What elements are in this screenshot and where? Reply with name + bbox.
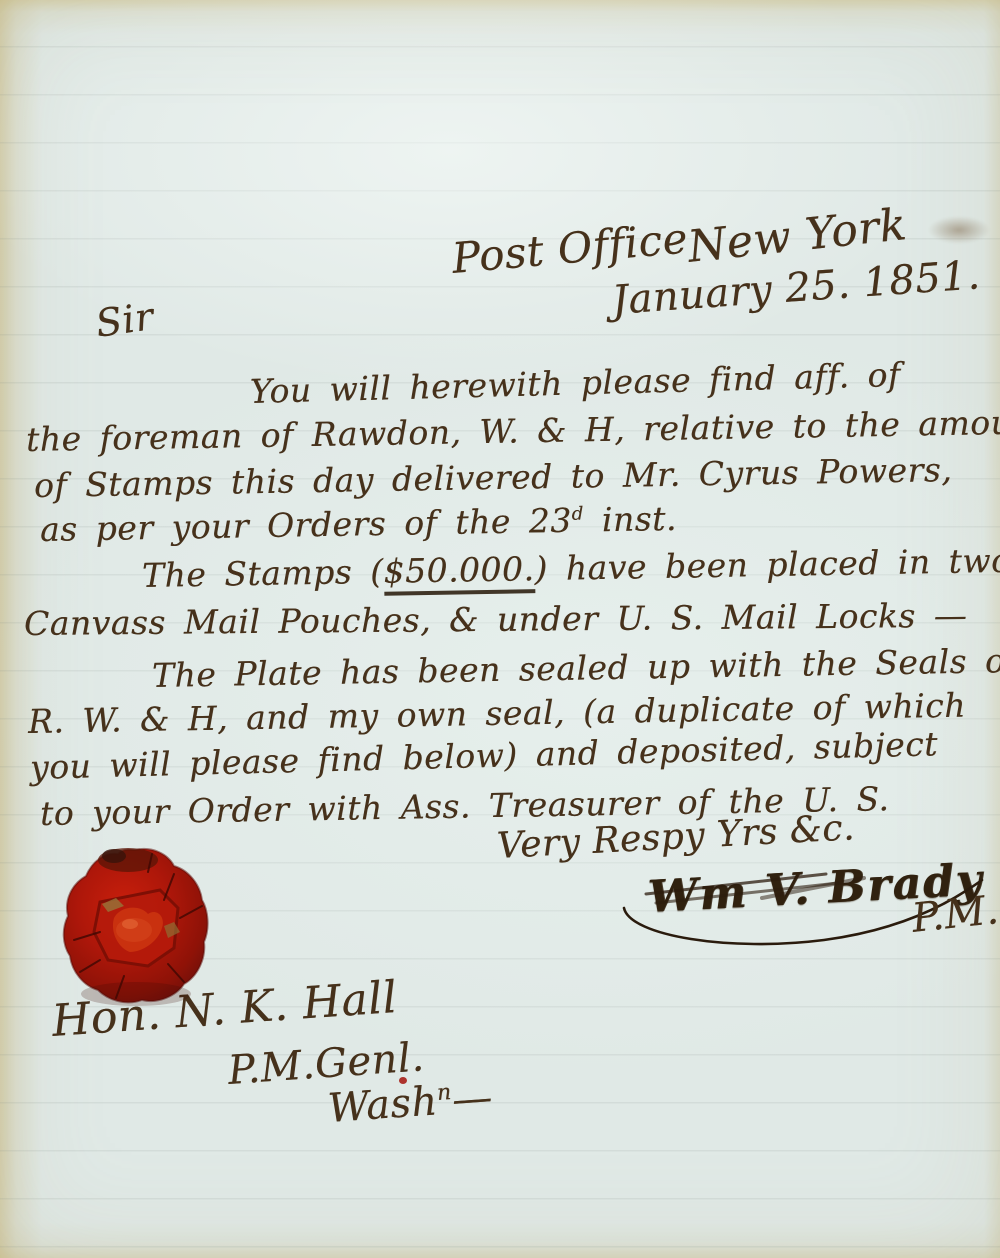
wax-droplet — [399, 1077, 407, 1084]
paragraph1-line3: of Stamps this day delivered to Mr. Cyru… — [34, 450, 953, 505]
paragraph1-line2: the foreman of Rawdon, W. & H, relative … — [26, 402, 1000, 459]
paragraph1-line4-text: as per your Orders of the 23 — [40, 501, 572, 549]
salutation: Sir — [93, 294, 156, 346]
paragraph1-line4: as per your Orders of the 23d inst. — [40, 499, 678, 549]
heading-office: Post Office — [450, 213, 690, 282]
paragraph1-line4-end: inst. — [584, 499, 678, 540]
paragraph1-line1: You will herewith please find aff. of — [249, 355, 901, 411]
letter-page: Post Office New York January 25. 1851. S… — [0, 0, 1000, 1258]
ordinal-superscript: d — [571, 504, 583, 525]
red-wax-seal — [56, 844, 214, 1014]
ink-smudge — [928, 216, 990, 244]
paragraph2-line1: The Stamps ($50.000.) have been placed i… — [142, 541, 1000, 595]
stamp-amount-underlined: $50.000. — [383, 549, 535, 596]
paragraph2-line1-text: The Stamps ( — [142, 552, 384, 595]
paragraph2-line2: Canvass Mail Pouches, & under U. S. Mail… — [24, 596, 968, 643]
paragraph2-line1-end: ) have been placed in two — [534, 541, 1000, 588]
recipient-city-text: Wash — [326, 1078, 439, 1132]
city-dash: — — [451, 1075, 495, 1124]
signer-title: P.M. — [910, 887, 1000, 942]
